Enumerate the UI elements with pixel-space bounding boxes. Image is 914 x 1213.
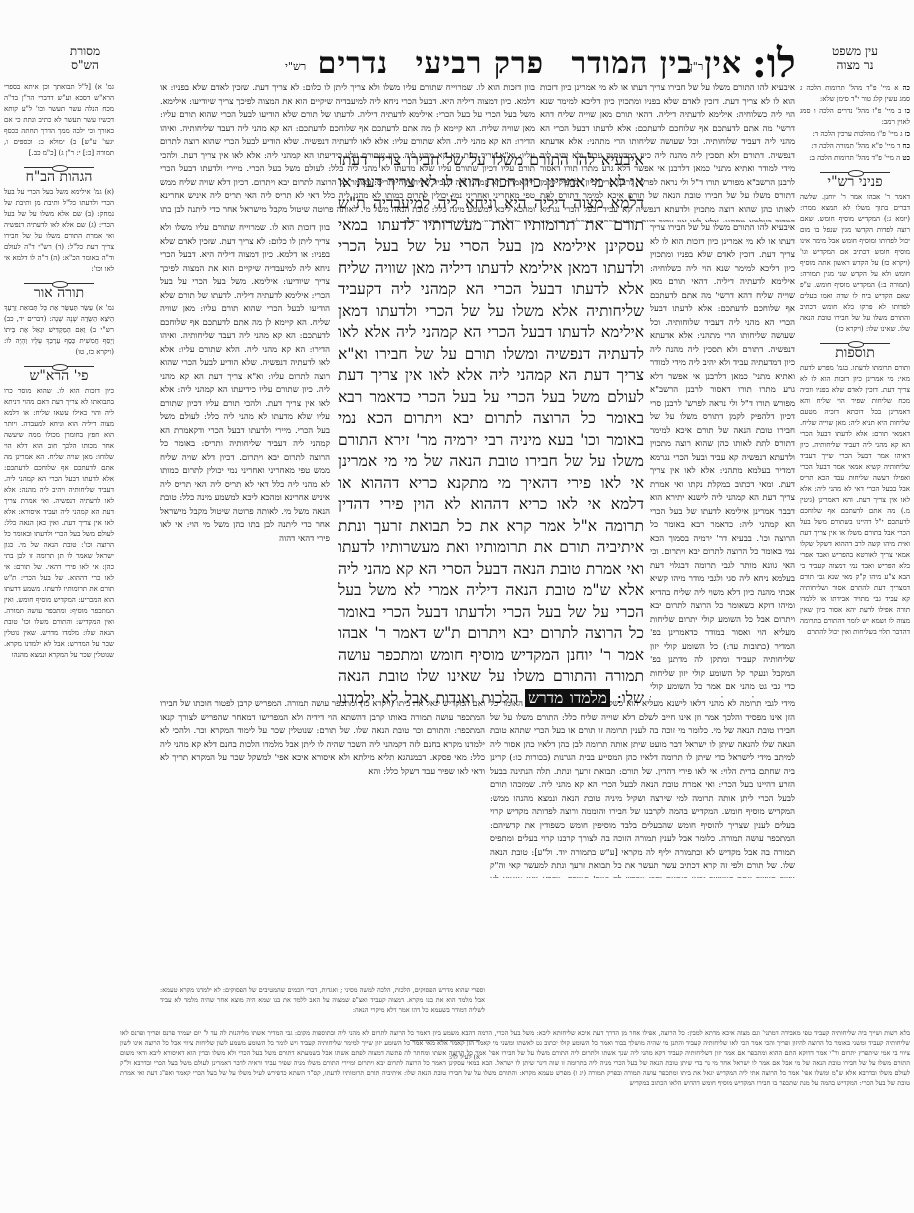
title-tractate-name: נדרים [318, 46, 389, 81]
mesoret-text: גמ' א) [ל"ל תבואתך וכן איתא בספרי הרא"ש … [4, 82, 114, 159]
penei-rashi-title: פניני רש"י [800, 177, 910, 188]
mesoret-header-line1: מסורת [55, 44, 115, 58]
gemara-text-part1: איבעיא להו התורם משלו על של חבירו צריך ד… [338, 151, 644, 707]
gemara-main-text: איבעיא להו התורם משלו על של חבירו צריך ד… [338, 150, 644, 710]
ein-mishpat-header: עין משפט נר מצוה [805, 44, 905, 72]
ornamental-divider [24, 167, 94, 168]
mesoret-header: מסורת הש"ס [55, 44, 115, 72]
rosh-text: כיון דזכות הוא לו. שהוא מוסר כרו בתבואתו… [4, 386, 114, 661]
torah-or-title: תורה אור [4, 288, 114, 299]
ran-commentary-bottom: מידי לגבי תרומה לא מהני דלאו לישנא מעליא… [490, 698, 795, 878]
ein-mishpat-list: כה א מיי' פ"ד מהל' תרומות הלכה ג סמג עשי… [800, 82, 910, 164]
footnote-midrash-note: וספרי שהוא מדרש הפסוקים, הלכות, הלכה למש… [160, 985, 485, 1025]
tosafot-title: תוספות [800, 348, 910, 359]
bottom-commentary-lines: בלא רשות ושייך ביה שליחותיה קעביד טפי מא… [120, 1028, 910, 1098]
ornamental-divider [24, 283, 94, 284]
ein-mishpat-entry: כו ב מיי' פ"ו מהל' נדרים הלכה ו סמג לאוי… [800, 105, 910, 128]
ornamental-divider [820, 172, 890, 173]
ein-mishpat-entry: כז ג מיי' פ"ו מהלכות ערכין הלכה ד: [800, 128, 910, 140]
highlighted-phrase[interactable]: מלמדו מדרש [525, 689, 610, 707]
mesoret-header-line2: הש"ס [55, 58, 115, 72]
ran-commentary-side: איבעיא להו התורם משלו על של חבירו צריך ד… [650, 222, 795, 698]
title-chapter-number: פרק רביעי [416, 46, 544, 81]
rashi-header-label: רש"י [285, 60, 306, 73]
ein-mishpat-header-line2: נר מצוה [805, 58, 905, 72]
ornamental-divider [24, 366, 94, 367]
ein-mishpat-entry: כט ה מיי' פ"ד מהל' תרומות הלכה ב: [800, 152, 910, 164]
penei-rashi-text: דאמר ר' אבהו אמר ר' יוחנן. שלשה דברים בת… [800, 192, 910, 335]
rosh-title: פי' הרא"ש [4, 371, 114, 382]
ein-mishpat-header-line1: עין משפט [805, 44, 905, 58]
title-tractate-chapter: אין בין המודר [571, 46, 742, 81]
ein-mishpat-entry: כח ד מיי' פ"א מהל' תמורה הלכה ד: [800, 140, 910, 152]
page-title: אין בין המודר פרק רביעי נדרים [330, 46, 750, 81]
daf-number: לו: [752, 40, 796, 87]
rashi-commentary-side: בוון דזכות הוא לו. שמרוייח שתורם עליו מש… [160, 222, 330, 698]
left-margin-column: גמ' א) [ל"ל תבואתך וכן איתא בספרי הרא"ש … [4, 82, 114, 1082]
ornamental-divider [820, 343, 890, 344]
ran-header-label: ר"ן [690, 60, 703, 73]
hagahot-text: (א) גמ' אילימא משל בעל הכרי על בעל הכרי … [4, 187, 114, 275]
torah-or-text: גמ' א) עַשֵּׂר תְּעַשֵּׂר אֵת כָּל תְּבו… [4, 303, 114, 358]
right-margin-column: כה א מיי' פ"ד מהל' תרומות הלכה ג סמג עשי… [800, 82, 910, 1082]
hagahot-title: הגהות הב"ח [4, 172, 114, 183]
rashi-commentary-bottom: ואם המקדיש יגאל את ביתו (ויקרא כז) ומתכפ… [160, 698, 485, 878]
ein-mishpat-entry: כה א מיי' פ"ד מהל' תרומות הלכה ג סמג עשי… [800, 82, 910, 105]
tosafot-text: ותורם תרומתו לדעתו. בגמ' מפרש לדעת מאי: … [800, 363, 910, 638]
